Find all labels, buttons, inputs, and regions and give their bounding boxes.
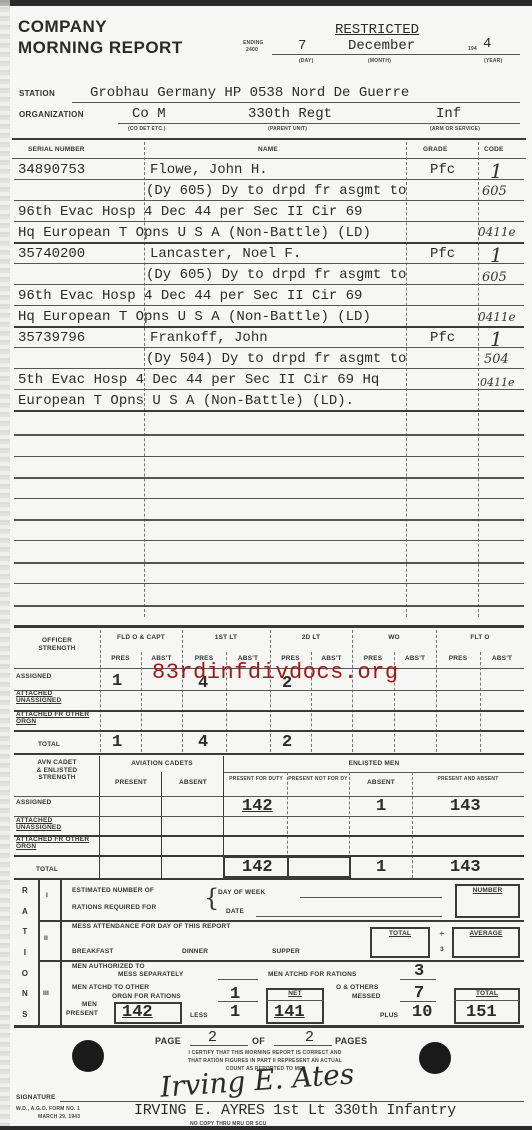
officer-strength-top-rule bbox=[14, 625, 524, 628]
page-label: PAGE bbox=[155, 1036, 181, 1046]
atchd-other-label-1: MEN ATCHD TO OTHER bbox=[72, 984, 149, 992]
less-label: LESS bbox=[190, 1012, 208, 1020]
officer-assigned-fldo-pres: 1 bbox=[112, 672, 122, 691]
station-underline bbox=[72, 102, 520, 103]
plus-value: 10 bbox=[412, 1003, 432, 1022]
officer-strength-label-line2: STRENGTH bbox=[22, 645, 92, 653]
page-number-field bbox=[190, 1045, 248, 1046]
code-mark: 0411e bbox=[480, 376, 515, 389]
blank-ruled-line bbox=[14, 498, 524, 499]
auth-separately-label-1: MEN AUTHORIZED TO bbox=[72, 963, 145, 971]
enlisted-strength-label: AVN CADET & ENLISTED STRENGTH bbox=[18, 759, 96, 782]
org-caption-service: (ARM OR SERVICE) bbox=[430, 126, 480, 132]
roster-line: 96th Evac Hosp 4 Dec 44 per Sec II Cir 6… bbox=[0, 202, 532, 223]
scan-bottom-border bbox=[0, 1126, 532, 1130]
page-number: 2 bbox=[208, 1029, 217, 1047]
subcol-pres: PRES bbox=[100, 655, 141, 663]
organization-service: Inf bbox=[436, 105, 461, 123]
ruled-line bbox=[14, 347, 524, 348]
atchd-rations-label: MEN ATCHD FOR RATIONS bbox=[268, 971, 357, 979]
col-serial-number: SERIAL NUMBER bbox=[28, 146, 85, 154]
blank-ruled-line bbox=[14, 477, 524, 479]
officer-col-divider bbox=[270, 630, 271, 752]
month-caption: (MONTH) bbox=[368, 58, 391, 64]
rations-letter: R bbox=[22, 886, 28, 895]
enlisted-row-assigned: ASSIGNED bbox=[16, 799, 52, 807]
form-title-line1: COMPANY bbox=[18, 17, 107, 37]
remark-text: (Dy 605) Dy to drpd fr asgmt to bbox=[146, 266, 406, 284]
roster-line: Hq European T Opns U S A (Non-Battle) (L… bbox=[0, 307, 532, 328]
blank-ruled-line bbox=[14, 456, 524, 457]
enlisted-assigned-present-duty: 142 bbox=[242, 797, 273, 816]
remark-text: (Dy 504) Dy to drpd fr asgmt to bbox=[146, 350, 406, 368]
rations-letter: T bbox=[22, 927, 27, 936]
ruled-line bbox=[14, 221, 524, 222]
blank-ruled-line bbox=[14, 540, 524, 541]
supper-label: SUPPER bbox=[272, 948, 300, 956]
enlisted-subheader-rule bbox=[224, 772, 524, 773]
page-total-field bbox=[274, 1045, 332, 1046]
certify-line-1: I CERTIFY THAT THIS MORNING REPORT IS CO… bbox=[140, 1050, 390, 1056]
blank-ruled-line bbox=[14, 519, 524, 521]
less-value: 1 bbox=[230, 1003, 240, 1022]
enlisted-row-attached-unassigned: ATTACHED UNASSIGNED bbox=[16, 817, 96, 831]
rations-letter: I bbox=[24, 948, 27, 957]
code-mark: 0411e bbox=[478, 225, 516, 239]
col-name: NAME bbox=[258, 146, 278, 154]
men-present-label-1: MEN bbox=[82, 1001, 97, 1009]
ruled-line bbox=[14, 368, 524, 369]
officer-col-divider bbox=[480, 652, 481, 752]
code-mark: 605 bbox=[482, 184, 507, 199]
total-value: 151 bbox=[466, 1003, 497, 1022]
net-value: 141 bbox=[274, 1003, 305, 1022]
day-of-week-label: DAY OF WEEK bbox=[218, 889, 265, 897]
divisor: 3 bbox=[436, 946, 448, 954]
blank-ruled-line bbox=[14, 562, 524, 564]
officer-col-divider bbox=[352, 630, 353, 752]
officer-row-attached-unassigned: ATTACHED UNASSIGNED bbox=[16, 690, 92, 704]
organization-label: ORGANIZATION bbox=[19, 110, 84, 119]
col-present-and-absent: PRESENT AND ABSENT bbox=[430, 775, 506, 783]
grade: Pfc bbox=[430, 329, 455, 347]
total-box-divider bbox=[287, 856, 289, 878]
soldier-name: Frankoff, John bbox=[150, 329, 268, 347]
breakfast-label: BREAKFAST bbox=[72, 948, 114, 956]
blank-ruled-line bbox=[14, 434, 524, 436]
scan-top-border bbox=[0, 0, 532, 6]
report-month: December bbox=[348, 37, 415, 55]
group-flt-o: FLT O bbox=[436, 634, 524, 642]
serial-number: 34890753 bbox=[18, 161, 85, 179]
form-date: MARCH 29, 1943 bbox=[38, 1114, 80, 1120]
enlisted-total-present-absent: 143 bbox=[450, 858, 481, 877]
ruled-line bbox=[14, 305, 524, 306]
morning-report-page: COMPANY MORNING REPORT RESTRICTED ENDING… bbox=[0, 0, 532, 1130]
enlisted-total-absent: 1 bbox=[376, 858, 386, 877]
officer-strength-label-line1: OFFICER bbox=[22, 637, 92, 645]
atchd-other-label-2: ORGN FOR RATIONS bbox=[112, 993, 181, 1001]
remark-text: European T Opns U S A (Non-Battle) (LD). bbox=[18, 392, 354, 410]
ending-label: ENDING bbox=[243, 40, 264, 46]
ruled-line bbox=[14, 263, 524, 264]
enlisted-col-divider bbox=[161, 772, 162, 878]
col-grade: GRADE bbox=[423, 146, 447, 154]
enlisted-label-line2: & ENLISTED bbox=[18, 767, 96, 775]
officer-bottom-rule bbox=[14, 753, 524, 755]
average-label: AVERAGE bbox=[452, 930, 520, 938]
col-code: CODE bbox=[484, 146, 504, 154]
others-label-1: O & OTHERS bbox=[336, 984, 378, 992]
divide-sign: ÷ bbox=[436, 929, 448, 938]
cadets-present-header: PRESENT bbox=[100, 779, 162, 787]
binder-hole-left bbox=[72, 1040, 104, 1072]
enlisted-assigned-absent: 1 bbox=[376, 797, 386, 816]
section-ii-numeral: II bbox=[44, 935, 48, 943]
rations-letter: N bbox=[22, 989, 28, 998]
report-day: 7 bbox=[298, 37, 306, 55]
atchd-other-value: 1 bbox=[230, 985, 240, 1004]
ending-time: 2400 bbox=[246, 47, 258, 53]
roster-line: 96th Evac Hosp 4 Dec 44 per Sec II Cir 6… bbox=[0, 286, 532, 307]
brace-glyph: { bbox=[204, 884, 219, 912]
soldier-name: Flowe, John H. bbox=[150, 161, 268, 179]
officer-strength-label: OFFICER STRENGTH bbox=[22, 637, 92, 653]
total-label: TOTAL bbox=[454, 990, 520, 998]
ruled-line bbox=[14, 284, 524, 285]
officer-col-divider bbox=[182, 630, 183, 752]
officer-col-divider bbox=[100, 630, 101, 752]
remark-text: 5th Evac Hosp 4 Dec 44 per Sec II Cir 69… bbox=[18, 371, 379, 389]
net-label: NET bbox=[266, 990, 324, 998]
enlisted-men-header: ENLISTED MEN bbox=[224, 760, 524, 768]
date-field bbox=[256, 916, 442, 917]
organization-unit: Co M bbox=[132, 105, 166, 123]
roster-line: 34890753 Flowe, John H. Pfc 1 bbox=[0, 160, 532, 181]
enlisted-col-divider bbox=[412, 772, 413, 878]
website-watermark: 83rdinfdivdocs.org bbox=[152, 660, 399, 685]
group-fld-o-capt: FLD O & CAPT bbox=[100, 634, 182, 642]
enlisted-col-divider bbox=[99, 756, 100, 878]
officer-row-total: TOTAL bbox=[38, 741, 60, 749]
group-1st-lt: 1ST LT bbox=[182, 634, 270, 642]
organization-parent: 330th Regt bbox=[248, 105, 332, 123]
section-ii-rule bbox=[38, 960, 524, 962]
rations-divider bbox=[38, 880, 40, 1025]
rations-letter: S bbox=[22, 1010, 28, 1019]
net-header-rule bbox=[266, 1000, 324, 1001]
officer-col-divider bbox=[141, 652, 142, 752]
subcol-pres: PRES bbox=[436, 655, 480, 663]
roster-lines: 34890753 Flowe, John H. Pfc 1 (Dy 605) D… bbox=[0, 160, 532, 412]
men-present-label-2: PRESENT bbox=[66, 1010, 98, 1018]
code-mark: 0411e bbox=[478, 310, 516, 324]
day-caption: (DAY) bbox=[299, 58, 313, 64]
group-2d-lt: 2D LT bbox=[270, 634, 352, 642]
rations-letter: A bbox=[22, 907, 28, 916]
estimated-rations-label-1: ESTIMATED NUMBER OF bbox=[72, 887, 154, 895]
enlisted-bottom-rule bbox=[14, 878, 524, 880]
roster-line: European T Opns U S A (Non-Battle) (LD). bbox=[0, 391, 532, 412]
year-caption: (YEAR) bbox=[484, 58, 502, 64]
station-value: Grobhau Germany HP 0538 Nord De Guerre bbox=[90, 84, 409, 102]
aviation-cadets-header: AVIATION CADETS bbox=[100, 760, 224, 768]
men-present-value: 142 bbox=[122, 1003, 153, 1022]
form-number: W.D., A.G.O. FORM NO. 1 bbox=[16, 1106, 80, 1112]
report-year-digit: 4 bbox=[483, 35, 491, 53]
roster-line: Hq European T Opns U S A (Non-Battle) (L… bbox=[0, 223, 532, 244]
ruled-line bbox=[14, 200, 524, 201]
auth-separately-field bbox=[218, 979, 258, 980]
dinner-label: DINNER bbox=[182, 948, 208, 956]
group-wo: WO bbox=[352, 634, 436, 642]
col-present-for-duty: PRESENT FOR DUTY bbox=[226, 775, 286, 783]
serial-number: 35739796 bbox=[18, 329, 85, 347]
enlisted-label-line3: STRENGTH bbox=[18, 774, 96, 782]
remark-text: Hq European T Opns U S A (Non-Battle) (L… bbox=[18, 224, 371, 242]
binder-hole-right bbox=[419, 1042, 451, 1074]
plus-label: PLUS bbox=[380, 1012, 398, 1020]
enlisted-label-line1: AVN CADET bbox=[18, 759, 96, 767]
org-caption-parent: (PARENT UNIT) bbox=[268, 126, 307, 132]
roster-line: (Dy 605) Dy to drpd fr asgmt to 605 bbox=[0, 265, 532, 286]
day-of-week-field bbox=[300, 897, 442, 898]
rations-divider bbox=[60, 880, 62, 1025]
officer-row-assigned: ASSIGNED bbox=[16, 673, 52, 681]
officer-total-2dlt-pres: 2 bbox=[282, 733, 292, 752]
total-header-rule bbox=[454, 1000, 520, 1001]
roster-line: (Dy 605) Dy to drpd fr asgmt to 605 bbox=[0, 181, 532, 202]
subcol-abst: ABS'T bbox=[480, 655, 524, 663]
officer-row-rule bbox=[14, 730, 524, 732]
org-caption-unit: (CO DET ETC.) bbox=[128, 126, 166, 132]
officer-total-1stlt-pres: 4 bbox=[198, 733, 208, 752]
page-total: 2 bbox=[305, 1029, 314, 1047]
col-present-not-for-duty: PRESENT NOT FOR DY bbox=[288, 775, 348, 783]
date-label: DATE bbox=[226, 908, 244, 916]
handwritten-signature: Irving E. Ates bbox=[159, 1057, 355, 1103]
remark-text: 96th Evac Hosp 4 Dec 44 per Sec II Cir 6… bbox=[18, 203, 362, 221]
grade: Pfc bbox=[430, 161, 455, 179]
cadets-absent-header: ABSENT bbox=[162, 779, 224, 787]
ruled-line bbox=[14, 179, 524, 180]
grade: Pfc bbox=[430, 245, 455, 263]
ruled-line bbox=[14, 389, 524, 390]
signature-label: SIGNATURE bbox=[16, 1094, 56, 1102]
section-i-numeral: I bbox=[46, 892, 48, 900]
remark-text: Hq European T Opns U S A (Non-Battle) (L… bbox=[18, 308, 371, 326]
remark-text: (Dy 605) Dy to drpd fr asgmt to bbox=[146, 182, 406, 200]
station-label: STATION bbox=[19, 89, 55, 98]
section-iii-numeral: III bbox=[43, 990, 49, 998]
roster-header-rule bbox=[12, 158, 526, 159]
rations-side-label: R A T I O N S bbox=[14, 880, 36, 1025]
officer-col-divider bbox=[436, 630, 437, 752]
col-absent: ABSENT bbox=[350, 779, 412, 787]
auth-separately-label-2: MESS SEPARATELY bbox=[118, 971, 183, 979]
form-title-line2: MORNING REPORT bbox=[18, 38, 183, 58]
organization-underline bbox=[118, 123, 520, 124]
ruled-line bbox=[14, 410, 524, 412]
enlisted-assigned-present-absent: 143 bbox=[450, 797, 481, 816]
code-mark: 605 bbox=[482, 270, 507, 285]
enlisted-row-attached-fr-other: ATTACHED FR OTHER ORGN bbox=[16, 836, 96, 850]
subcol-abst: ABS'T bbox=[394, 655, 436, 663]
others-label-2: MESSED bbox=[352, 993, 381, 1001]
estimated-rations-label-2: RATIONS REQUIRED FOR bbox=[72, 904, 156, 912]
section-i-rule bbox=[38, 920, 524, 922]
enlisted-total-present-duty: 142 bbox=[242, 858, 273, 877]
serial-number: 35740200 bbox=[18, 245, 85, 263]
of-label: OF bbox=[252, 1036, 265, 1046]
others-value: 7 bbox=[414, 984, 424, 1003]
rations-letter: O bbox=[22, 969, 29, 978]
officer-total-fldo-pres: 1 bbox=[112, 733, 122, 752]
blank-ruled-line bbox=[14, 583, 524, 584]
officer-row-attached-fr-other: ATTACHED FR OTHER ORGN bbox=[16, 711, 92, 725]
mess-attendance-label: MESS ATTENDANCE FOR DAY OF THIS REPORT bbox=[72, 923, 231, 931]
blank-ruled-line bbox=[14, 605, 524, 607]
pages-label: PAGES bbox=[335, 1036, 367, 1046]
soldier-name: Lancaster, Noel F. bbox=[150, 245, 301, 263]
enlisted-row-total: TOTAL bbox=[36, 866, 58, 874]
signer-typed-name: IRVING E. AYRES 1st Lt 330th Infantry bbox=[134, 1102, 456, 1120]
header-divider bbox=[12, 138, 526, 140]
roster-line: (Dy 504) Dy to drpd fr asgmt to 504 bbox=[0, 349, 532, 370]
atchd-rations-value: 3 bbox=[414, 962, 424, 981]
code-mark: 504 bbox=[484, 352, 509, 367]
mess-total-label: TOTAL bbox=[370, 930, 430, 938]
roster-line: 5th Evac Hosp 4 Dec 44 per Sec II Cir 69… bbox=[0, 370, 532, 391]
year-prefix: 194 bbox=[468, 46, 477, 52]
roster-line: 35740200 Lancaster, Noel F. Pfc 1 bbox=[0, 244, 532, 265]
remark-text: 96th Evac Hosp 4 Dec 44 per Sec II Cir 6… bbox=[18, 287, 362, 305]
number-label: NUMBER bbox=[455, 887, 520, 895]
rations-bottom-rule bbox=[14, 1025, 524, 1028]
roster-line: 35739796 Frankoff, John Pfc 1 bbox=[0, 328, 532, 349]
